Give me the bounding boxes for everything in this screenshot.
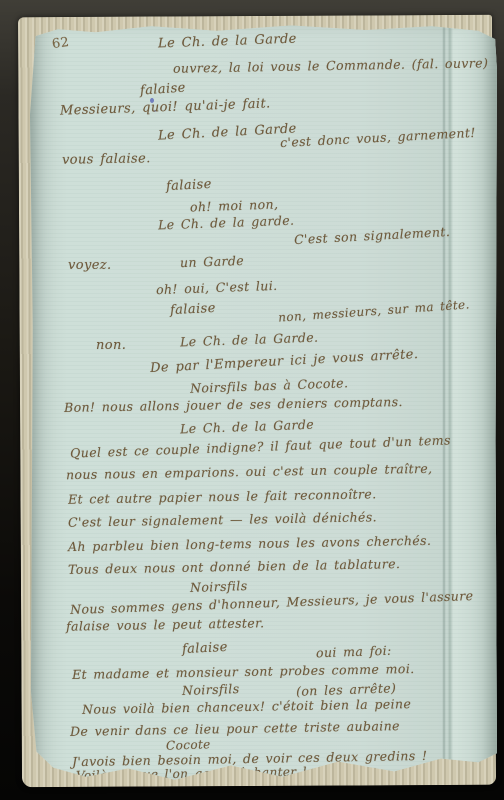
manuscript-line: Tous deux nous ont donné bien de la tabl…	[68, 556, 401, 577]
manuscript-line: Noirsfils	[190, 578, 248, 595]
manuscript-line: un Garde	[180, 253, 245, 270]
manuscript-line: non, messieurs, sur ma tête.	[278, 297, 470, 324]
manuscript-line: oh! oui, C'est lui.	[156, 278, 278, 297]
manuscript-line: Le Ch. de la garde.	[158, 213, 295, 233]
manuscript-line: Le Ch. de la Garde	[158, 32, 297, 52]
manuscript-line: oh! moi non,	[190, 196, 279, 214]
manuscript-line: Et cet autre papier nous le fait reconno…	[68, 486, 377, 506]
manuscript-line: Nous sommes gens d'honneur, Messieurs, j…	[70, 588, 474, 617]
manuscript-line: Le Ch. de la Garde.	[180, 330, 319, 350]
manuscript-line: Cocote	[166, 737, 211, 753]
manuscript-line: c'est donc vous, garnement!	[280, 125, 476, 150]
manuscript-line: Noirsfils	[182, 681, 240, 698]
page-number: 62	[51, 35, 70, 52]
manuscript-line: Le Ch. de la Garde	[158, 121, 297, 143]
manuscript-line: Et madame et monsieur sont probes comme …	[72, 661, 415, 682]
manuscript-line: falaise vous le peut attester.	[66, 615, 265, 633]
manuscript-line: Messieurs, quoi! qu'ai-je fait.	[60, 96, 271, 118]
manuscript-line: Bon! nous allons jouer de ses deniers co…	[64, 394, 403, 415]
manuscript-line: Nous voilà bien chanceux! c'étoit bien l…	[82, 696, 411, 717]
manuscript-line: De par l'Empereur ici je vous arrête.	[150, 347, 419, 376]
manuscript-line: voyez.	[68, 258, 112, 273]
manuscript-line: Noirsfils bas à Cocote.	[190, 375, 349, 396]
manuscript-scan: 62Le Ch. de la Gardeouvrez, la loi vous …	[0, 0, 504, 800]
manuscript-line: Quel est ce couple indigne? il faut que …	[70, 432, 451, 460]
manuscript-line: oui ma foi:	[316, 643, 392, 661]
manuscript-line: nous nous en emparions. oui c'est un cou…	[66, 461, 433, 482]
manuscript-line: falaise	[170, 301, 217, 318]
manuscript-line: non.	[96, 338, 126, 353]
manuscript-line: Le Ch. de la Garde	[180, 417, 314, 437]
manuscript-line: De venir dans ce lieu pour cette triste …	[70, 718, 400, 739]
manuscript-line: Ah parbleu bien long-tems nous les avons…	[68, 533, 432, 554]
manuscript-page: 62Le Ch. de la Gardeouvrez, la loi vous …	[30, 24, 497, 782]
manuscript-line: falaise	[182, 640, 229, 657]
manuscript-line: ouvrez, la loi vous le Commande. (fal. o…	[173, 55, 489, 76]
manuscript-line: C'est son signalement.	[294, 224, 451, 247]
manuscript-line: C'est leur signalement — les voilà dénic…	[68, 509, 377, 529]
manuscript-line: falaise	[166, 177, 213, 194]
manuscript-line: vous falaise.	[62, 151, 151, 168]
manuscript-line: falaise	[140, 80, 187, 98]
